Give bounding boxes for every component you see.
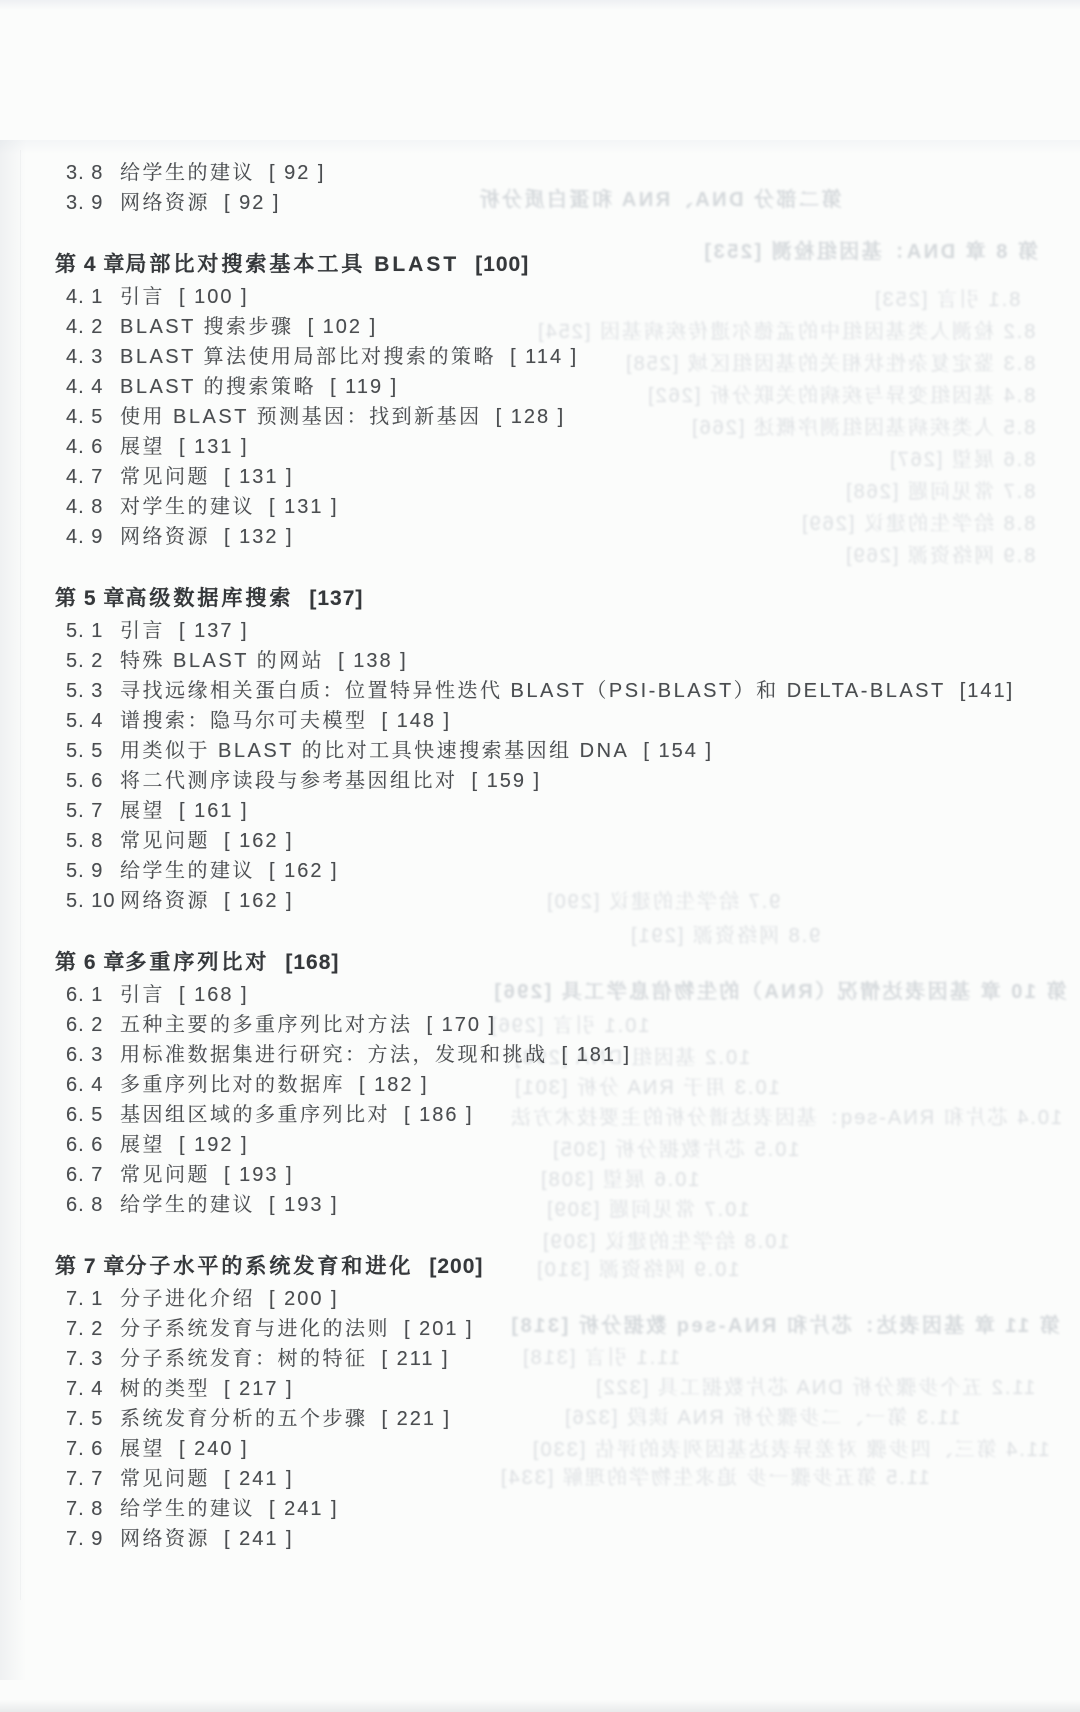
toc-entry: 5. 3寻找远缘相关蛋白质：位置特异性迭代 BLAST（PSI-BLAST）和 … [0,676,1080,706]
toc-entry-number: 6. 3 [66,1040,120,1070]
toc-entry: 6. 4多重序列比对的数据库[ 182 ] [0,1070,1080,1100]
toc-entry-page: [ 241 ] [224,1524,294,1554]
toc-entry-number: 5. 1 [66,616,120,646]
toc-entry: 6. 8给学生的建议[ 193 ] [0,1190,1080,1220]
toc-entry-number: 6. 6 [66,1130,120,1160]
toc-entry-page: [ 131 ] [179,432,249,462]
toc-entry-number: 7. 5 [66,1404,120,1434]
toc-entry-title: 分子系统发育与进化的法则 [120,1314,390,1344]
toc-entry-number: 5. 10 [66,886,120,916]
toc-entry-title: 常见问题 [120,462,210,492]
toc-entry-page: [ 154 ] [643,736,713,766]
toc-chapter-page: [200] [429,1250,483,1284]
toc-entry: 6. 1引言[ 168 ] [0,980,1080,1010]
toc-entry-title: 给学生的建议 [120,1190,255,1220]
toc-entry-page: [ 192 ] [179,1130,249,1160]
toc-entry-title: 展望 [120,796,165,826]
toc-entry-page: [ 137 ] [179,616,249,646]
toc-chapter-label: 第 7 章 [55,1250,125,1284]
toc-entry: 4. 2BLAST 搜索步骤[ 102 ] [0,312,1080,342]
toc-entry-title: 常见问题 [120,826,210,856]
toc-entry: 5. 2特殊 BLAST 的网站[ 138 ] [0,646,1080,676]
toc-entry: 5. 6将二代测序读段与参考基因组比对[ 159 ] [0,766,1080,796]
toc-entry-title: 谱搜索：隐马尔可夫模型 [120,706,368,736]
toc-entry-number: 4. 7 [66,462,120,492]
toc-entry-number: 4. 5 [66,402,120,432]
toc-entry: 7. 9网络资源[ 241 ] [0,1524,1080,1554]
toc-entry-title: 网络资源 [120,1524,210,1554]
toc-entry-title: 用类似于 BLAST 的比对工具快速搜索基因组 DNA [120,736,629,766]
toc-entry-title: 五种主要的多重序列比对方法 [120,1010,413,1040]
toc-entry-title: 给学生的建议 [120,856,255,886]
toc-entry-title: 分子系统发育：树的特征 [120,1344,368,1374]
toc-entry-number: 7. 7 [66,1464,120,1494]
toc-entry-page: [ 162 ] [224,886,294,916]
toc-entry-page: [ 131 ] [224,462,294,492]
toc-entry-title: 展望 [120,1434,165,1464]
toc-entry-number: 3. 9 [66,188,120,218]
toc-entry: 4. 5使用 BLAST 预测基因：找到新基因[ 128 ] [0,402,1080,432]
toc-entry-number: 7. 9 [66,1524,120,1554]
toc-entry: 4. 9网络资源[ 132 ] [0,522,1080,552]
toc-entry-number: 4. 8 [66,492,120,522]
toc-entry-page: [ 181 ] [562,1040,632,1070]
toc-entry-page: [ 128 ] [496,402,566,432]
toc-entry-page: [ 182 ] [359,1070,429,1100]
toc-chapter-label: 第 5 章 [55,582,125,616]
toc-entry-number: 6. 8 [66,1190,120,1220]
toc-entry-number: 5. 4 [66,706,120,736]
toc-entry-number: 5. 6 [66,766,120,796]
toc-entry-title: 寻找远缘相关蛋白质：位置特异性迭代 BLAST（PSI-BLAST）和 DELT… [120,676,946,706]
toc-entry-number: 4. 9 [66,522,120,552]
toc-entry-number: 3. 8 [66,158,120,188]
toc-entry-page: [ 221 ] [382,1404,452,1434]
toc-entry-number: 5. 9 [66,856,120,886]
toc-entry-number: 6. 1 [66,980,120,1010]
toc-entry: 4. 8对学生的建议[ 131 ] [0,492,1080,522]
toc-entry-title: 用标准数据集进行研究：方法，发现和挑战 [120,1040,548,1070]
toc-entry: 6. 5基因组区域的多重序列比对[ 186 ] [0,1100,1080,1130]
toc-entry-page: [ 211 ] [382,1344,450,1374]
toc-entry-number: 4. 6 [66,432,120,462]
toc-entry-title: 将二代测序读段与参考基因组比对 [120,766,458,796]
toc-entry-number: 6. 4 [66,1070,120,1100]
toc-entry-number: 4. 1 [66,282,120,312]
toc-entry-page: [ 159 ] [472,766,542,796]
toc-entry: 7. 8给学生的建议[ 241 ] [0,1494,1080,1524]
toc-entry-number: 7. 8 [66,1494,120,1524]
toc-entry: 5. 8常见问题[ 162 ] [0,826,1080,856]
toc-entry: 4. 7常见问题[ 131 ] [0,462,1080,492]
toc-entry: 6. 6展望[ 192 ] [0,1130,1080,1160]
toc-entry-page: [ 132 ] [224,522,294,552]
toc-entry-title: 系统发育分析的五个步骤 [120,1404,368,1434]
toc-entry: 6. 3用标准数据集进行研究：方法，发现和挑战[ 181 ] [0,1040,1080,1070]
toc-entry-page: [ 241 ] [269,1494,339,1524]
toc-entry: 7. 4树的类型[ 217 ] [0,1374,1080,1404]
toc-entry-title: 引言 [120,616,165,646]
toc-entry: 5. 5用类似于 BLAST 的比对工具快速搜索基因组 DNA[ 154 ] [0,736,1080,766]
toc-chapter-label: 第 4 章 [55,248,125,282]
toc-chapter-title: 高级数据库搜索 [125,582,293,616]
toc-entry: 5. 10网络资源[ 162 ] [0,886,1080,916]
toc-entry-title: 给学生的建议 [120,1494,255,1524]
toc-entry-page: [ 186 ] [404,1100,474,1130]
toc-entry: 7. 3分子系统发育：树的特征[ 211 ] [0,1344,1080,1374]
toc-entry-title: 多重序列比对的数据库 [120,1070,345,1100]
toc-entry-page: [ 92 ] [224,188,280,218]
toc-chapter-title: 局部比对搜索基本工具 BLAST [125,248,459,282]
toc-entry: 4. 1引言[ 100 ] [0,282,1080,312]
toc-entry: 4. 6展望[ 131 ] [0,432,1080,462]
toc-entry-page: [ 170 ] [427,1010,497,1040]
toc-entry-page: [ 119 ] [330,372,398,402]
toc-entry-title: 对学生的建议 [120,492,255,522]
toc-entry-title: 基因组区域的多重序列比对 [120,1100,390,1130]
toc-entry-number: 4. 2 [66,312,120,342]
toc-entry-title: 引言 [120,980,165,1010]
scanned-page: 第二部分 DNA、RNA 和蛋白质分析第 8 章 DNA：基因组检测 [253]… [0,0,1080,1712]
toc-entry-number: 5. 7 [66,796,120,826]
toc-entry-page: [ 114 ] [510,342,578,372]
toc-entry-page: [ 162 ] [224,826,294,856]
toc-entry-page: [ 131 ] [269,492,339,522]
toc-entry: 5. 4谱搜索：隐马尔可夫模型[ 148 ] [0,706,1080,736]
toc-entry-number: 6. 7 [66,1160,120,1190]
toc-entry-number: 5. 5 [66,736,120,766]
toc-chapter-page: [100] [475,248,529,282]
toc-entry-number: 4. 4 [66,372,120,402]
toc-entry-title: 特殊 BLAST 的网站 [120,646,324,676]
toc-chapter: 第 7 章分子水平的系统发育和进化[200] [0,1250,1080,1284]
toc-entry-number: 5. 2 [66,646,120,676]
toc-entry-title: 树的类型 [120,1374,210,1404]
toc-entry-title: 引言 [120,282,165,312]
toc-entry: 4. 4BLAST 的搜索策略[ 119 ] [0,372,1080,402]
toc-chapter: 第 5 章高级数据库搜索[137] [0,582,1080,616]
toc-entry-title: BLAST 算法使用局部比对搜索的策略 [120,342,496,372]
toc-entry-page: [ 217 ] [224,1374,294,1404]
toc-entry-page: [ 92 ] [269,158,325,188]
toc-entry: 6. 2五种主要的多重序列比对方法[ 170 ] [0,1010,1080,1040]
table-of-contents: 3. 8给学生的建议[ 92 ]3. 9网络资源[ 92 ]第 4 章局部比对搜… [0,0,1080,1554]
toc-entry-title: 常见问题 [120,1464,210,1494]
toc-entry-number: 5. 8 [66,826,120,856]
toc-entry-title: BLAST 的搜索策略 [120,372,316,402]
toc-entry-page: [ 148 ] [382,706,452,736]
toc-entry-page: [ 161 ] [179,796,249,826]
toc-entry: 5. 1引言[ 137 ] [0,616,1080,646]
toc-entry-title: 给学生的建议 [120,158,255,188]
toc-entry: 5. 7展望[ 161 ] [0,796,1080,826]
toc-entry-title: 网络资源 [120,188,210,218]
toc-entry-title: BLAST 搜索步骤 [120,312,294,342]
toc-entry-page: [ 193 ] [269,1190,339,1220]
toc-chapter: 第 6 章多重序列比对[168] [0,946,1080,980]
toc-entry-number: 7. 1 [66,1284,120,1314]
toc-entry-number: 6. 5 [66,1100,120,1130]
toc-entry-page: [ 168 ] [179,980,249,1010]
toc-chapter-page: [168] [285,946,339,980]
toc-chapter-page: [137] [309,582,363,616]
toc-entry-page: [141] [960,676,1014,706]
toc-entry-number: 5. 3 [66,676,120,706]
toc-entry-title: 网络资源 [120,886,210,916]
toc-entry: 7. 6展望[ 240 ] [0,1434,1080,1464]
toc-entry-title: 展望 [120,432,165,462]
toc-entry: 3. 8给学生的建议[ 92 ] [0,158,1080,188]
toc-entry-number: 7. 3 [66,1344,120,1374]
toc-entry-page: [ 201 ] [404,1314,474,1344]
toc-chapter-title: 多重序列比对 [125,946,269,980]
toc-entry: 3. 9网络资源[ 92 ] [0,188,1080,218]
toc-entry: 4. 3BLAST 算法使用局部比对搜索的策略[ 114 ] [0,342,1080,372]
toc-entry-page: [ 200 ] [269,1284,339,1314]
toc-entry-title: 常见问题 [120,1160,210,1190]
toc-entry-number: 7. 2 [66,1314,120,1344]
toc-entry-page: [ 162 ] [269,856,339,886]
toc-entry: 6. 7常见问题[ 193 ] [0,1160,1080,1190]
toc-entry-title: 展望 [120,1130,165,1160]
toc-entry-page: [ 240 ] [179,1434,249,1464]
toc-entry-page: [ 100 ] [179,282,249,312]
toc-chapter: 第 4 章局部比对搜索基本工具 BLAST[100] [0,248,1080,282]
toc-entry: 7. 1分子进化介绍[ 200 ] [0,1284,1080,1314]
toc-entry: 7. 5系统发育分析的五个步骤[ 221 ] [0,1404,1080,1434]
toc-entry: 7. 2分子系统发育与进化的法则[ 201 ] [0,1314,1080,1344]
toc-entry-title: 使用 BLAST 预测基因：找到新基因 [120,402,482,432]
toc-entry-number: 6. 2 [66,1010,120,1040]
toc-entry-page: [ 102 ] [308,312,378,342]
toc-entry: 7. 7常见问题[ 241 ] [0,1464,1080,1494]
toc-entry-page: [ 193 ] [224,1160,294,1190]
toc-entry-number: 4. 3 [66,342,120,372]
toc-chapter-title: 分子水平的系统发育和进化 [125,1250,413,1284]
toc-entry-page: [ 138 ] [338,646,408,676]
toc-entry-page: [ 241 ] [224,1464,294,1494]
toc-entry-number: 7. 4 [66,1374,120,1404]
toc-chapter-label: 第 6 章 [55,946,125,980]
toc-entry: 5. 9给学生的建议[ 162 ] [0,856,1080,886]
toc-entry-title: 分子进化介绍 [120,1284,255,1314]
toc-entry-number: 7. 6 [66,1434,120,1464]
toc-entry-title: 网络资源 [120,522,210,552]
